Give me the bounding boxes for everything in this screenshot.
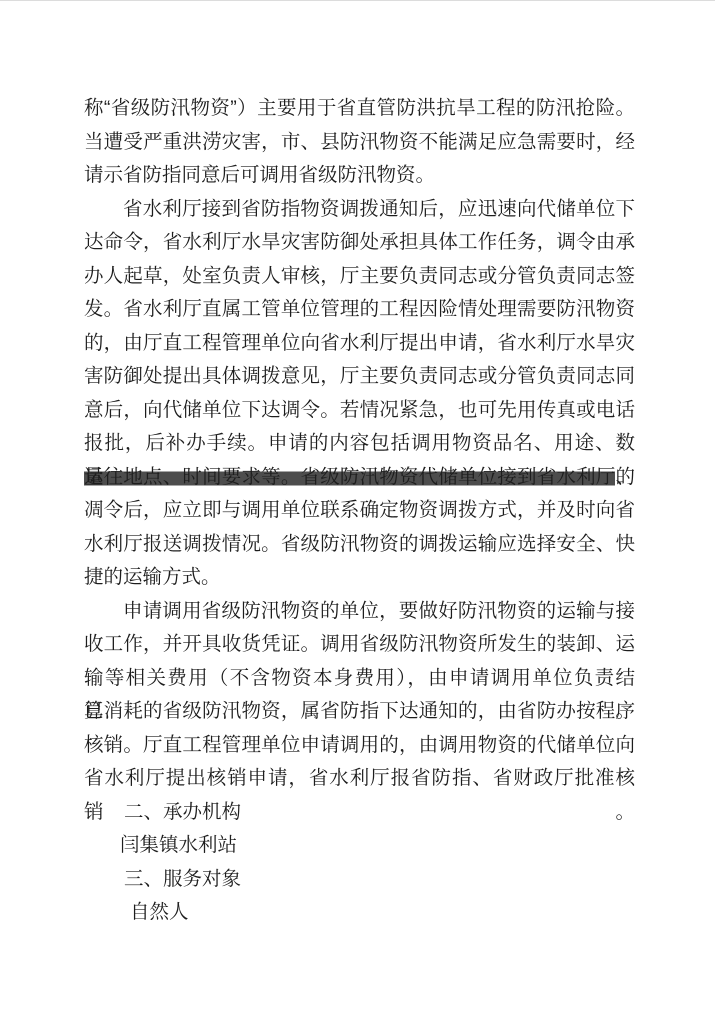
text-line-with-smudge: 报批，后补办手续。申请的内容包括调用物资品名、用途、数量、 [84, 427, 635, 461]
text-line: 申请调用省级防汛物资的单位，要做好防汛物资的运输与接 [84, 595, 635, 629]
text-line: 水利厅报送调拨情况。省级防汛物资的调拨运输应选择安全、快 [84, 528, 635, 562]
text-line: 运往地点、时间要求等。省级防汛物资代储单位接到省水利厅的 [84, 461, 635, 495]
text-line: 办人起草，处室负责人审核，厅主要负责同志或分管负责同志签 [84, 260, 635, 294]
text-line: 的，由厅直工程管理单位向省水利厅提出申请，省水利厅水旱灾 [84, 327, 635, 361]
text-line: 已消耗的省级防汛物资，属省防指下达通知的，由省防办按程序 [84, 695, 635, 729]
text-line: 发。省水利厅直属工管单位管理的工程因险情处理需要防汛物资 [84, 293, 635, 327]
page-top-border [0, 0, 715, 1]
text-line: 省水利厅接到省防指物资调拨通知后，应迅速向代储单位下 [84, 193, 635, 227]
text-line: 省水利厅提出核销申请，省水利厅报省防指、省财政厅批准核销。 [84, 762, 635, 796]
text-line: 核销。厅直工程管理单位申请调用的，由调用物资的代储单位向 [84, 729, 635, 763]
text-line: 凋令后，应立即与调用单位联系确定物资调拨方式，并及时向省 [84, 494, 635, 528]
section-heading-3: 三、服务对象 [84, 863, 635, 897]
text-line: 请示省防指同意后可调用省级防汛物资。 [84, 159, 635, 193]
document-page: 称“省级防汛物资”）主要用于省直管防洪抗旱工程的防汛抢险。 当遭受严重洪涝灾害，… [0, 0, 715, 1011]
text-line: 称“省级防汛物资”）主要用于省直管防洪抗旱工程的防汛抢险。 [84, 92, 635, 126]
section-2-body: 闫集镇水利站 [84, 829, 635, 863]
text-line: 害防御处提出具体调拨意见，厅主要负责同志或分管负责同志同 [84, 360, 635, 394]
text-line: 捷的运输方式。 [84, 561, 635, 595]
text-line: 意后，向代储单位下达调令。若情况紧急，也可先用传真或电话 [84, 394, 635, 428]
document-text-block: 称“省级防汛物资”）主要用于省直管防洪抗旱工程的防汛抢险。 当遭受严重洪涝灾害，… [84, 92, 635, 930]
text-line: 收工作，并开具收货凭证。调用省级防汛物资所发生的装卸、运 [84, 628, 635, 662]
text-line: 达命令，省水利厅水旱灾害防御处承担具体工作任务，调令由承 [84, 226, 635, 260]
text-segment: 报批，后补办手续。申请的内容包括调用物资品名、用途、数 [84, 432, 635, 454]
section-3-body: 自然人 [84, 896, 635, 930]
text-line: 当遭受严重洪涝灾害，市、县防汛物资不能满足应急需要时，经 [84, 126, 635, 160]
text-line: 输等相关费用（不含物资本身费用），由申请调用单位负责结算。 [84, 662, 635, 696]
